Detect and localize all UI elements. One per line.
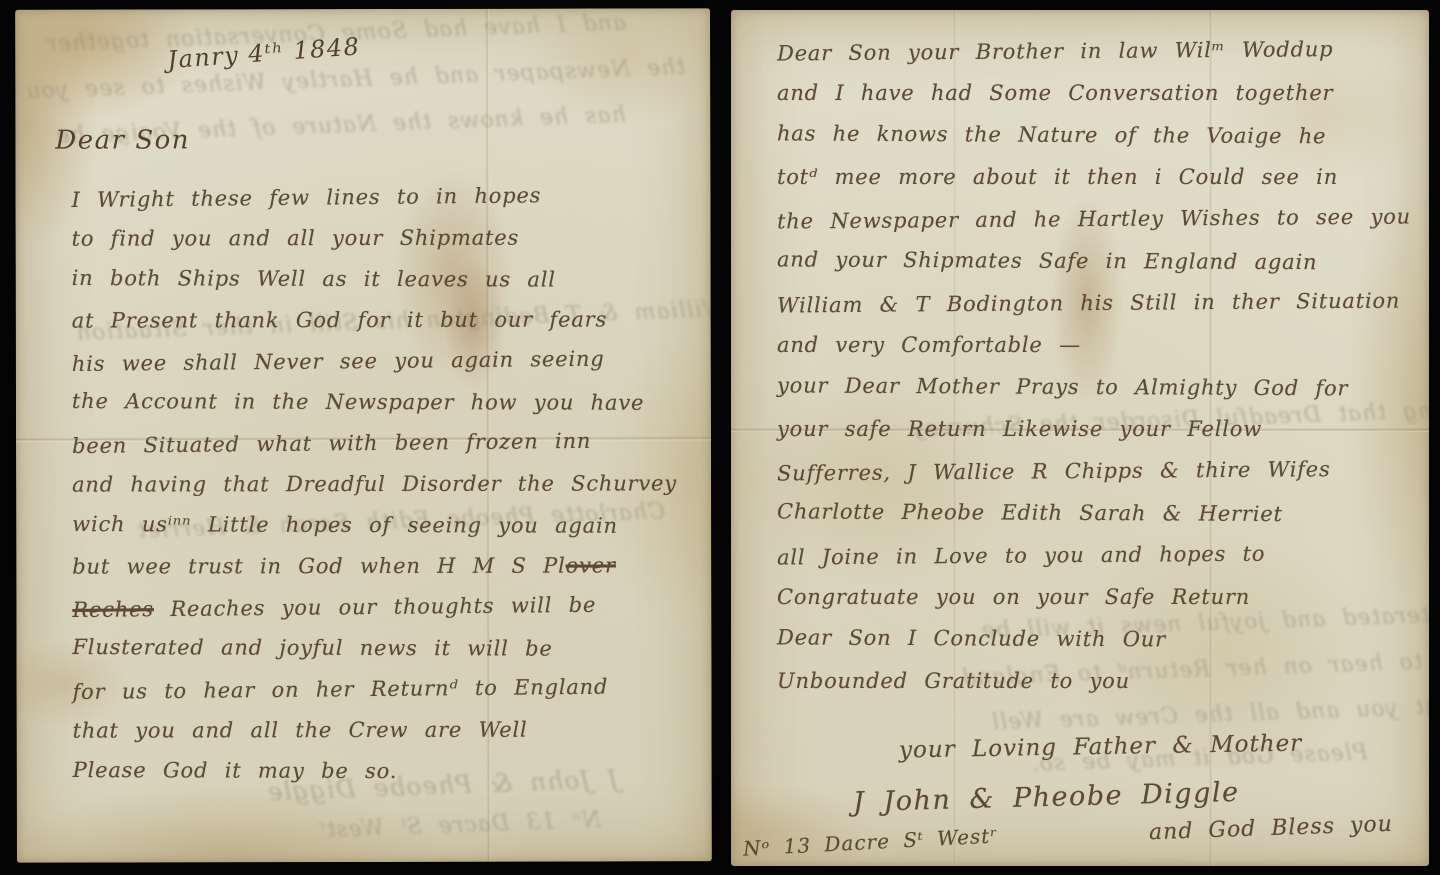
handwritten-line: totᵈ mee more about it then i Could see … bbox=[777, 156, 1411, 198]
handwritten-line: Charlotte Pheobe Edith Sarah & Herriet bbox=[777, 490, 1411, 535]
ink-bleedthrough: Nᵒ 13 Dacre Sᵗ Westʳ bbox=[316, 808, 601, 844]
struck-out-word: over bbox=[566, 553, 616, 577]
handwritten-line: and I have had Some Conversation togethe… bbox=[777, 72, 1411, 114]
letter-page-1: and I have had Some Conversation togethe… bbox=[15, 8, 712, 862]
handwritten-line: Dear Son your Brother in law Wilᵐ Woddup bbox=[777, 28, 1411, 75]
letter-salutation: Dear Son bbox=[55, 125, 190, 155]
letter-date: Janry 4ᵗʰ 1848 bbox=[166, 32, 361, 74]
handwritten-line: wich usⁱⁿⁿ Little hopes of seeing you ag… bbox=[72, 504, 677, 547]
letter-page-2: and having that Dreadful Disorder the Sc… bbox=[731, 10, 1429, 866]
handwritten-line: been Situated what with been frozen inn bbox=[72, 420, 677, 467]
handwritten-line: Dear Son I Conclude with Our bbox=[777, 616, 1411, 661]
handwritten-line: that you and all the Crew are Well bbox=[73, 709, 678, 751]
handwritten-line: and your Shipmates Safe in England again bbox=[777, 238, 1411, 283]
letter-body-page-2: Dear Son your Brother in law Wilᵐ Woddup… bbox=[777, 30, 1411, 702]
handwritten-line: Reches Reaches you our thoughts will be bbox=[72, 584, 677, 631]
letter-scan: and I have had Some Conversation togethe… bbox=[0, 0, 1440, 875]
letter-address: Nᵒ 13 Dacre Sᵗ Westʳ bbox=[743, 823, 999, 860]
handwritten-line: Unbounded Gratitude to you bbox=[777, 660, 1411, 702]
handwritten-line: your Dear Mother Prays to Almighty God f… bbox=[777, 364, 1411, 409]
ink-bleedthrough: the Newspaper and he Hartley Wishes to s… bbox=[25, 55, 686, 104]
letter-closing-valediction: your Loving Father & Mother bbox=[899, 730, 1303, 763]
struck-out-word: Reches bbox=[72, 597, 154, 622]
handwritten-line: Please God it may be so. bbox=[73, 750, 678, 793]
handwritten-line: in both Ships Well as it leaves us all bbox=[72, 258, 677, 301]
handwritten-line: I Wright these few lines to in hopes bbox=[71, 174, 676, 221]
handwritten-line: William & T Bodington his Still in ther … bbox=[777, 280, 1411, 327]
handwritten-line: but wee trust in God when H M S Plover bbox=[72, 545, 677, 587]
handwritten-line: the Account in the Newspaper how you hav… bbox=[72, 381, 677, 424]
handwritten-text: but wee trust in God when H M S Pl bbox=[72, 554, 565, 579]
handwritten-line: Congratuate you on your Safe Return bbox=[777, 576, 1411, 618]
handwritten-line: all Joine in Love to you and hopes to bbox=[777, 532, 1411, 579]
handwritten-line: and having that Dreadful Disorder the Sc… bbox=[72, 463, 677, 505]
handwritten-line: to find you and all your Shipmates bbox=[72, 217, 677, 259]
handwritten-line: for us to hear on her Returnᵈ to England bbox=[72, 666, 677, 713]
letter-blessing: and God Bless you bbox=[1149, 812, 1394, 845]
handwritten-line: his wee shall Never see you again seeing bbox=[72, 338, 677, 385]
handwritten-line: Sufferres, J Wallice R Chipps & thire Wi… bbox=[777, 448, 1411, 495]
handwritten-line: the Newspaper and he Hartley Wishes to s… bbox=[777, 196, 1411, 243]
handwritten-line: your safe Return Likewise your Fellow bbox=[777, 408, 1411, 450]
handwritten-line: has he knows the Nature of the Voaige he bbox=[777, 112, 1411, 157]
letter-body-page-1: I Wright these few lines to in hopesto f… bbox=[71, 176, 677, 792]
handwritten-line: at Present thank God for it but our fear… bbox=[72, 299, 677, 341]
handwritten-text: Reaches you our thoughts will be bbox=[154, 593, 596, 621]
letter-signature: J John & Pheobe Diggle bbox=[853, 777, 1240, 818]
handwritten-line: Flusterated and joyful news it will be bbox=[72, 627, 677, 670]
handwritten-line: and very Comfortable — bbox=[777, 324, 1411, 366]
